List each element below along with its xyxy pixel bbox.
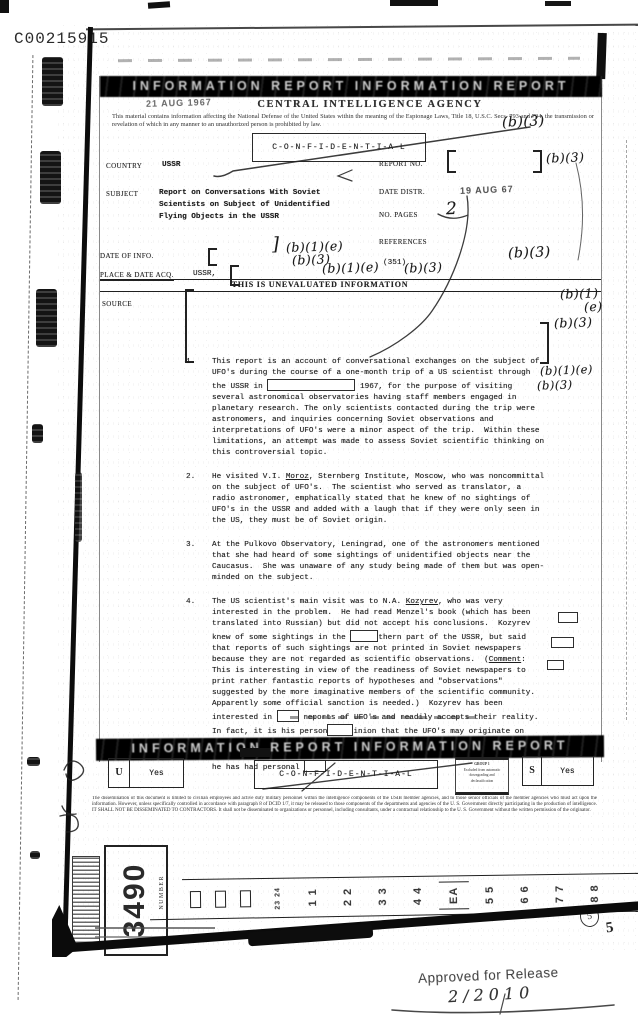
inline-redaction-box — [267, 379, 355, 391]
subject-line: Scientists on Subject of Unidentified — [159, 199, 330, 211]
scan-artifact — [390, 0, 438, 6]
form-border-left — [99, 76, 100, 762]
paragraph-number: 2. — [186, 472, 212, 527]
inline-redaction-box — [350, 630, 378, 642]
rule — [100, 291, 601, 292]
no-pages-label: NO. PAGES — [379, 211, 418, 219]
source-label: SOURCE — [102, 300, 132, 308]
approved-for-release-stamp: Approved for Release — [418, 965, 559, 986]
handwritten-exemption-b3-references: (b)(3) — [508, 244, 551, 261]
form-border-right — [601, 76, 602, 762]
classification-box-bottom: C-O-N-F-I-D-E-N-T-I-A-L — [254, 760, 438, 789]
keypunch-number: 3 3 — [377, 883, 389, 909]
handwritten-exemption-b1e-place: (b)(1)(e) — [322, 259, 380, 276]
handwritten-exemption-b1e-para1: (b)(1)(e) — [540, 362, 593, 378]
keypunch-number: 5 5 — [484, 882, 496, 908]
unclassified-letter: U — [109, 759, 130, 787]
paragraph-text: He visited V.I. Moroz, Sternberg Institu… — [212, 472, 546, 527]
unclassified-box: U Yes — [108, 758, 184, 788]
paragraph-text: This report is an account of conversatio… — [212, 357, 546, 459]
scan-artifact — [75, 472, 82, 542]
scan-artifact — [36, 289, 57, 347]
number-stamp-value: 3490 — [118, 857, 152, 943]
unevaluated-banner: THIS IS UNEVALUATED INFORMATION — [170, 280, 470, 289]
agency-title: CENTRAL INTELLIGENCE AGENCY — [235, 99, 505, 110]
paragraph-text: At the Pulkovo Observatory, Leningrad, o… — [212, 540, 546, 584]
scan-artifact — [40, 151, 61, 204]
keypunch-number: 6 6 — [519, 881, 531, 907]
keypunch-checkbox — [240, 890, 251, 907]
country-label: COUNTRY — [106, 162, 142, 170]
group-1-box: GROUP 1 Excluded from automatic downgrad… — [455, 757, 509, 795]
handwritten-exemption-b3-para1: (b)(3) — [537, 377, 573, 392]
redaction-box — [547, 660, 564, 670]
group-line: declassification — [456, 779, 508, 785]
paragraph-number: 1. — [186, 357, 212, 459]
body-paragraphs: 1.This report is an account of conversat… — [186, 357, 552, 787]
country-value: USSR — [162, 160, 180, 171]
source-bracket-open — [185, 289, 194, 363]
references-value: (351) — [383, 258, 406, 269]
secret-yes: Yes — [542, 766, 593, 777]
scanned-document-page: C00215915 INFORMATION REPORT INFORMATION… — [0, 0, 638, 1023]
report-no-label: REPORT NO. — [379, 160, 423, 168]
date-of-info-label: DATE OF INFO. — [100, 252, 154, 260]
handwritten-exemption-b3-report-no: (b)(3) — [546, 149, 585, 165]
keypunch-checkbox — [215, 890, 226, 907]
scan-artifact — [240, 748, 270, 757]
classification-text: C-O-N-F-I-D-E-N-T-I-A-L — [279, 770, 412, 779]
review-stamp-box — [72, 856, 100, 948]
document-scan-id: C00215915 — [14, 30, 109, 48]
secret-letter: S — [523, 757, 542, 785]
inline-redaction-box — [327, 724, 353, 736]
keypunch-number: 8 8 — [589, 880, 601, 906]
subject-line: Report on Conversations With Soviet — [159, 187, 330, 199]
keypunch-number: 2 2 — [342, 884, 354, 910]
unclassified-yes: Yes — [130, 768, 183, 779]
handwritten-exemption-e-source: (e) — [584, 299, 603, 315]
scan-artifact — [42, 57, 63, 106]
scan-artifact — [95, 927, 215, 929]
handwritten-exemption-b3-place: (b)(3) — [404, 259, 443, 275]
classification-text: C-O-N-F-I-D-E-N-T-I-A-L — [272, 143, 405, 152]
paragraph: 3.At the Pulkovo Observatory, Leningrad,… — [186, 540, 552, 584]
date-distr-value: 19 AUG 67 — [460, 184, 514, 196]
paragraph: 1.This report is an account of conversat… — [186, 357, 552, 459]
subject-line: Flying Objects in the USSR — [159, 211, 330, 223]
date-distr-label: DATE DISTR. — [379, 188, 425, 196]
scan-artifact — [596, 33, 607, 79]
paragraph: 2.He visited V.I. Moroz, Sternberg Insti… — [186, 472, 552, 527]
scan-artifact — [32, 424, 43, 443]
date-received-stamp: 21 AUG 1967 — [146, 97, 212, 109]
scan-artifact — [30, 851, 40, 859]
scan-edge-dashed-line — [626, 140, 627, 720]
references-label: REFERENCES — [379, 238, 427, 246]
keypunch-number: EA — [439, 881, 469, 909]
subject-value: Report on Conversations With Soviet Scie… — [159, 187, 330, 223]
handwritten-bracket-date-info: ] — [272, 234, 280, 255]
no-pages-value-handwritten: 2 — [446, 199, 458, 219]
dissemination-notice: The dissemination of this document is li… — [92, 796, 597, 815]
scan-artifact — [545, 1, 571, 6]
report-no-bracket-open — [447, 150, 456, 173]
keypunch-checkbox — [190, 890, 201, 907]
redaction-box — [558, 612, 578, 623]
keypunch-number: 1 1 — [307, 884, 319, 910]
date-of-info-bracket-open — [208, 248, 217, 266]
keypunch-number: 4 4 — [412, 883, 424, 909]
paragraph-number: 3. — [186, 540, 212, 584]
handwritten-exemption-b3-source: (b)(3) — [554, 314, 593, 330]
keypunch-number: 7 7 — [554, 881, 566, 907]
number-stamp-label: NUMBER — [159, 875, 165, 910]
report-no-bracket-close — [533, 150, 542, 173]
scan-artifact — [148, 1, 170, 9]
approved-release-date: 2/2010 — [448, 983, 535, 1006]
subject-label: SUBJECT — [106, 190, 138, 198]
keypunch-number: 23 24 — [274, 885, 281, 911]
secret-box: S Yes — [522, 756, 594, 786]
redaction-box — [551, 637, 574, 648]
handwritten-exemption-b3-top: (b)(3) — [502, 113, 545, 130]
scan-artifact — [0, 0, 9, 13]
classification-box: C-O-N-F-I-D-E-N-T-I-A-L — [252, 133, 426, 162]
scan-artifact — [27, 757, 40, 766]
information-report-banner-top: INFORMATION REPORT INFORMATION REPORT — [100, 76, 602, 97]
scan-artifact — [290, 716, 480, 719]
